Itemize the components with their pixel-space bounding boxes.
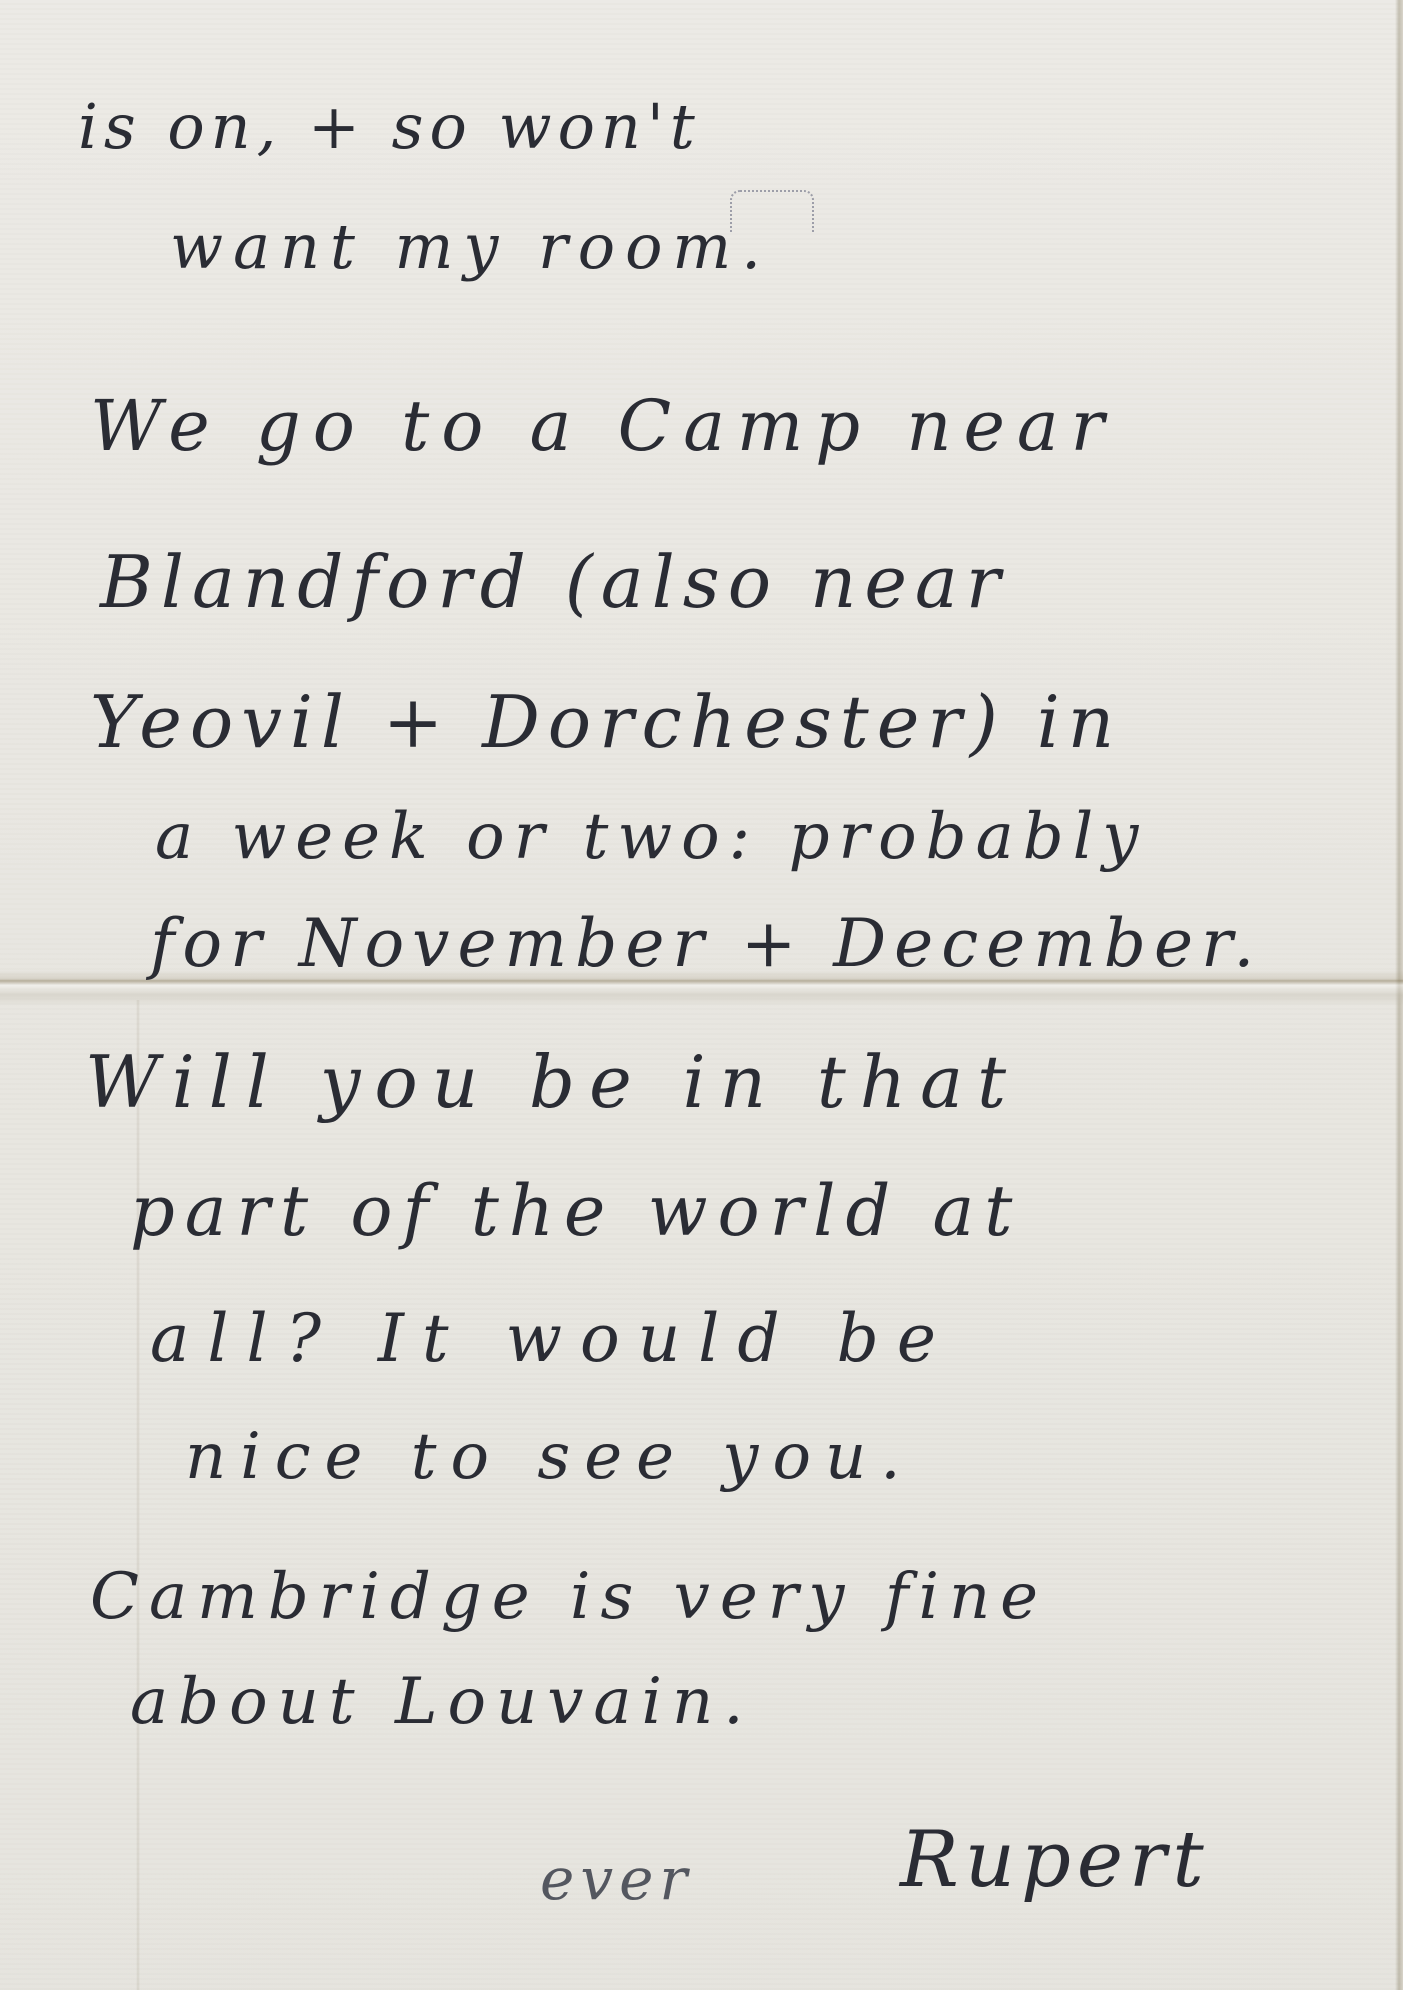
letter-line-3: We go to a Camp near xyxy=(90,385,1116,467)
letter-line-7: for November + December. xyxy=(150,905,1262,982)
valediction: ever xyxy=(540,1845,693,1913)
letter-line-12: Cambridge is very fine xyxy=(90,1560,1048,1634)
letter-page: is on, + so won't want my room. We go to… xyxy=(0,0,1403,1990)
signature: Rupert xyxy=(900,1815,1210,1905)
letter-line-4: Blandford (also near xyxy=(100,540,1008,624)
letter-line-8: Will you be in that xyxy=(85,1040,1020,1124)
letter-line-6: a week or two: probably xyxy=(155,800,1147,874)
letter-line-5: Yeovil + Dorchester) in xyxy=(90,680,1122,764)
vertical-fold-crease xyxy=(136,1000,140,1990)
letter-line-1: is on, + so won't xyxy=(78,90,701,163)
letter-line-13: about Louvain. xyxy=(130,1665,754,1739)
letter-line-9: part of the world at xyxy=(130,1170,1022,1252)
letter-line-10: all? It would be xyxy=(150,1300,954,1377)
letter-line-2: want my room. xyxy=(170,210,771,283)
letter-line-11: nice to see you. xyxy=(185,1420,915,1494)
